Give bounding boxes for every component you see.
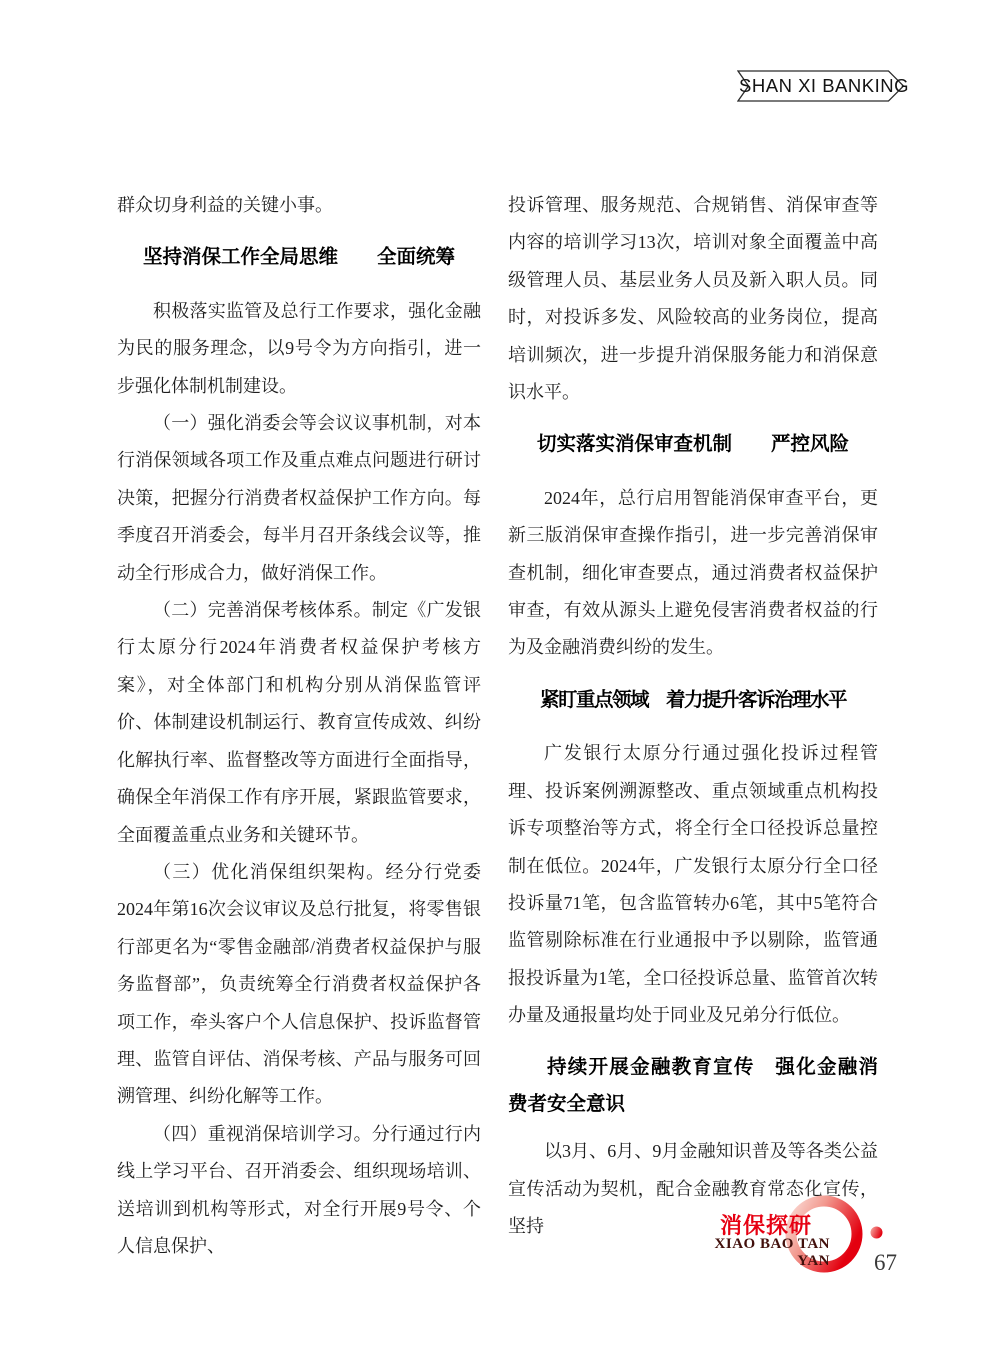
body-paragraph: 2024年，总行启用智能消保审查平台，更新三版消保审查操作指引，进一步完善消保审… bbox=[508, 480, 878, 667]
right-column: 投诉管理、服务规范、合规销售、消保审查等内容的培训学习13次，培训对象全面覆盖中… bbox=[508, 187, 878, 1246]
left-column: 群众切身利益的关键小事。 坚持消保工作全局思维 全面统筹 积极落实监管及总行工作… bbox=[117, 187, 481, 1265]
body-paragraph: 积极落实监管及总行工作要求，强化金融为民的服务理念，以9号令为方向指引，进一步强… bbox=[117, 293, 481, 405]
section-heading: 切实落实消保审查机制 严控风险 bbox=[508, 426, 878, 463]
section-heading: 紧盯重点领域 着力提升客诉治理水平 bbox=[508, 682, 878, 719]
header-banner: SHAN XI BANKING bbox=[737, 70, 905, 102]
logo-dot-icon bbox=[870, 1226, 883, 1239]
section-heading: 坚持消保工作全局思维 全面统筹 bbox=[117, 239, 481, 276]
page-number: 67 bbox=[874, 1250, 897, 1276]
body-paragraph: （一）强化消委会等会议议事机制，对本行消保领域各项工作及重点难点问题进行研讨决策… bbox=[117, 405, 481, 592]
body-paragraph: （三）优化消保组织架构。经分行党委2024年第16次会议审议及总行批复，将零售银… bbox=[117, 854, 481, 1116]
banner-title: SHAN XI BANKING bbox=[751, 70, 897, 102]
logo-subtitle: XIAO BAO TAN YAN bbox=[696, 1236, 830, 1270]
body-paragraph: 广发银行太原分行通过强化投诉过程管理、投诉案例溯源整改、重点领域重点机构投诉专项… bbox=[508, 735, 878, 1034]
body-paragraph: （四）重视消保培训学习。分行通过行内线上学习平台、召开消委会、组织现场培训、送培… bbox=[117, 1116, 481, 1266]
body-paragraph: 群众切身利益的关键小事。 bbox=[117, 187, 481, 224]
section-heading: 持续开展金融教育宣传 强化金融消费者安全意识 bbox=[508, 1049, 878, 1124]
body-paragraph: 投诉管理、服务规范、合规销售、消保审查等内容的培训学习13次，培训对象全面覆盖中… bbox=[508, 187, 878, 411]
magazine-page: SHAN XI BANKING 群众切身利益的关键小事。 坚持消保工作全局思维 … bbox=[0, 0, 992, 1346]
body-paragraph: （二）完善消保考核体系。制定《广发银行太原分行2024年消费者权益保护考核方案》… bbox=[117, 592, 481, 854]
